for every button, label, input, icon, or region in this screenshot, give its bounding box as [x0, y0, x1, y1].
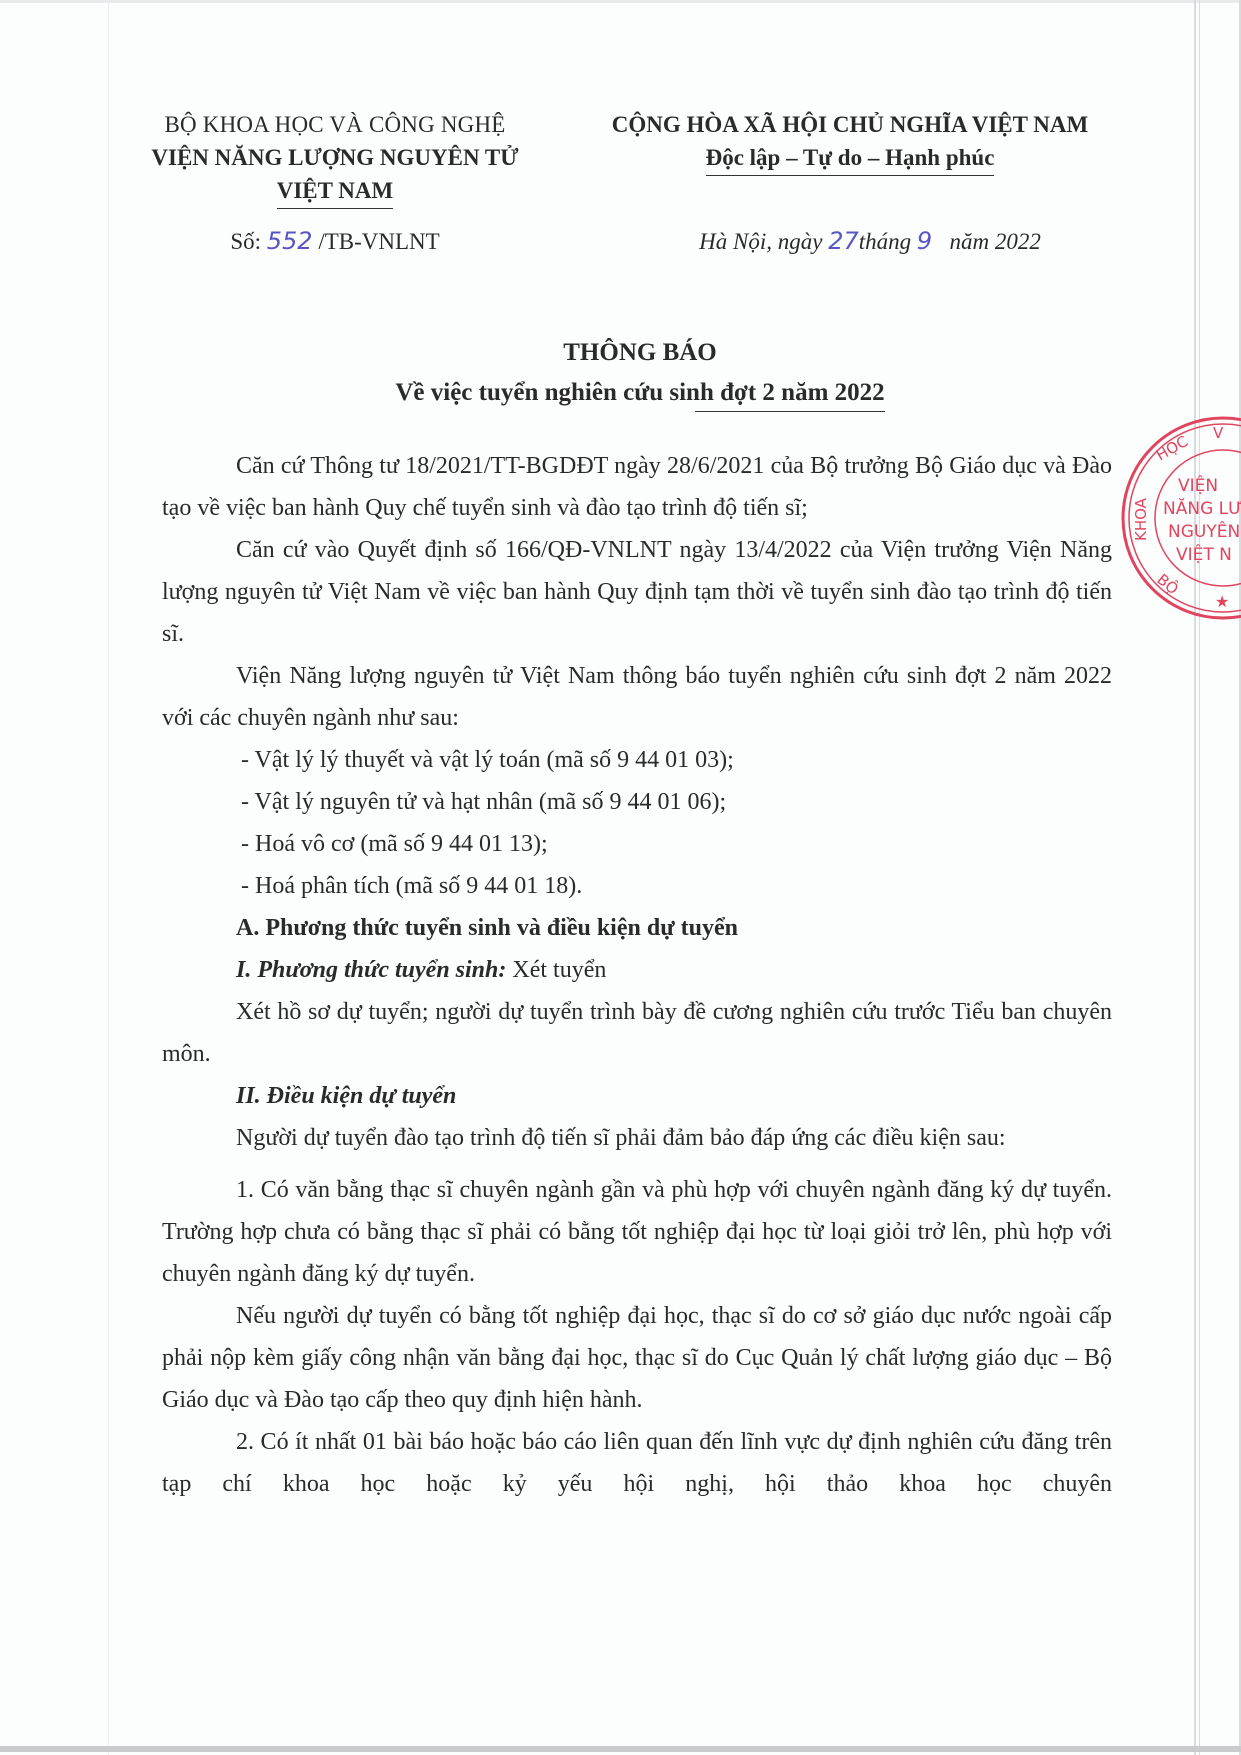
handwritten-number: 552 — [267, 227, 313, 255]
svg-text:NĂNG LƯ: NĂNG LƯ — [1163, 497, 1241, 519]
title-subtitle: Về việc tuyển nghiên cứu sinh đợt 2 năm … — [160, 373, 1120, 413]
section-heading: A. Phương thức tuyển sinh và điều kiện d… — [162, 907, 1112, 949]
svg-text:VIỆN: VIỆN — [1178, 474, 1218, 496]
list-item: - Hoá vô cơ (mã số 9 44 01 13); — [162, 823, 1112, 865]
official-seal-icon: HỌC KHOA BỘ V VIỆN NĂNG LƯ NGUYÊN VIỆT N… — [1118, 413, 1241, 623]
svg-text:KHOA: KHOA — [1132, 497, 1150, 541]
title-main: THÔNG BÁO — [160, 333, 1120, 373]
handwritten-day: 27 — [828, 227, 859, 255]
institute-name-line1: VIỆN NĂNG LƯỢNG NGUYÊN TỬ — [140, 141, 530, 174]
list-item: - Hoá phân tích (mã số 9 44 01 18). — [162, 865, 1112, 907]
svg-text:NGUYÊN: NGUYÊN — [1168, 520, 1240, 542]
document-body: Căn cứ Thông tư 18/2021/TT-BGDĐT ngày 28… — [162, 445, 1112, 1505]
paragraph: 2. Có ít nhất 01 bài báo hoặc báo cáo li… — [162, 1421, 1112, 1505]
svg-text:V: V — [1213, 424, 1224, 442]
subsection-heading: I. Phương thức tuyển sinh: Xét tuyển — [162, 949, 1112, 991]
list-item: - Vật lý lý thuyết và vật lý toán (mã số… — [162, 739, 1112, 781]
document-title: THÔNG BÁO Về việc tuyển nghiên cứu sinh … — [160, 333, 1120, 413]
national-motto: Độc lập – Tự do – Hạnh phúc — [706, 141, 995, 176]
page-top-edge — [0, 0, 1241, 3]
scan-edge-line — [1194, 0, 1196, 1755]
paragraph: 1. Có văn bằng thạc sĩ chuyên ngành gần … — [162, 1169, 1112, 1295]
ministry-name: BỘ KHOA HỌC VÀ CÔNG NGHỆ — [140, 108, 530, 141]
subsection-heading: II. Điều kiện dự tuyển — [162, 1075, 1112, 1117]
paragraph: Căn cứ vào Quyết định số 166/QĐ-VNLNT ng… — [162, 529, 1112, 655]
document-number: Số: 552 /TB-VNLNT — [140, 225, 530, 258]
institute-name-line2: VIỆT NAM — [277, 174, 394, 209]
page-bottom-edge — [0, 1746, 1241, 1752]
paragraph: Nếu người dự tuyển có bằng tốt nghiệp đạ… — [162, 1295, 1112, 1421]
svg-text:HỌC: HỌC — [1153, 432, 1191, 464]
scan-edge-line — [108, 0, 109, 1755]
paragraph: Người dự tuyển đào tạo trình độ tiến sĩ … — [162, 1117, 1112, 1159]
republic-name: CỘNG HÒA XÃ HỘI CHỦ NGHĨA VIỆT NAM — [570, 108, 1130, 141]
issue-date: Hà Nội, ngày 27tháng 9 năm 2022 — [570, 225, 1130, 258]
scan-edge-line — [1199, 0, 1200, 1755]
title-underline — [695, 411, 885, 412]
handwritten-month: 9 — [917, 227, 932, 255]
paragraph: Viện Năng lượng nguyên tử Việt Nam thông… — [162, 655, 1112, 739]
list-item: - Vật lý nguyên tử và hạt nhân (mã số 9 … — [162, 781, 1112, 823]
paragraph: Xét hồ sơ dự tuyển; người dự tuyển trình… — [162, 991, 1112, 1075]
issuer-block: BỘ KHOA HỌC VÀ CÔNG NGHỆ VIỆN NĂNG LƯỢNG… — [140, 108, 530, 258]
svg-text:VIỆT N: VIỆT N — [1176, 543, 1232, 565]
national-header: CỘNG HÒA XÃ HỘI CHỦ NGHĨA VIỆT NAM Độc l… — [570, 108, 1130, 258]
paragraph: Căn cứ Thông tư 18/2021/TT-BGDĐT ngày 28… — [162, 445, 1112, 529]
star-icon: ★ — [1215, 592, 1229, 611]
